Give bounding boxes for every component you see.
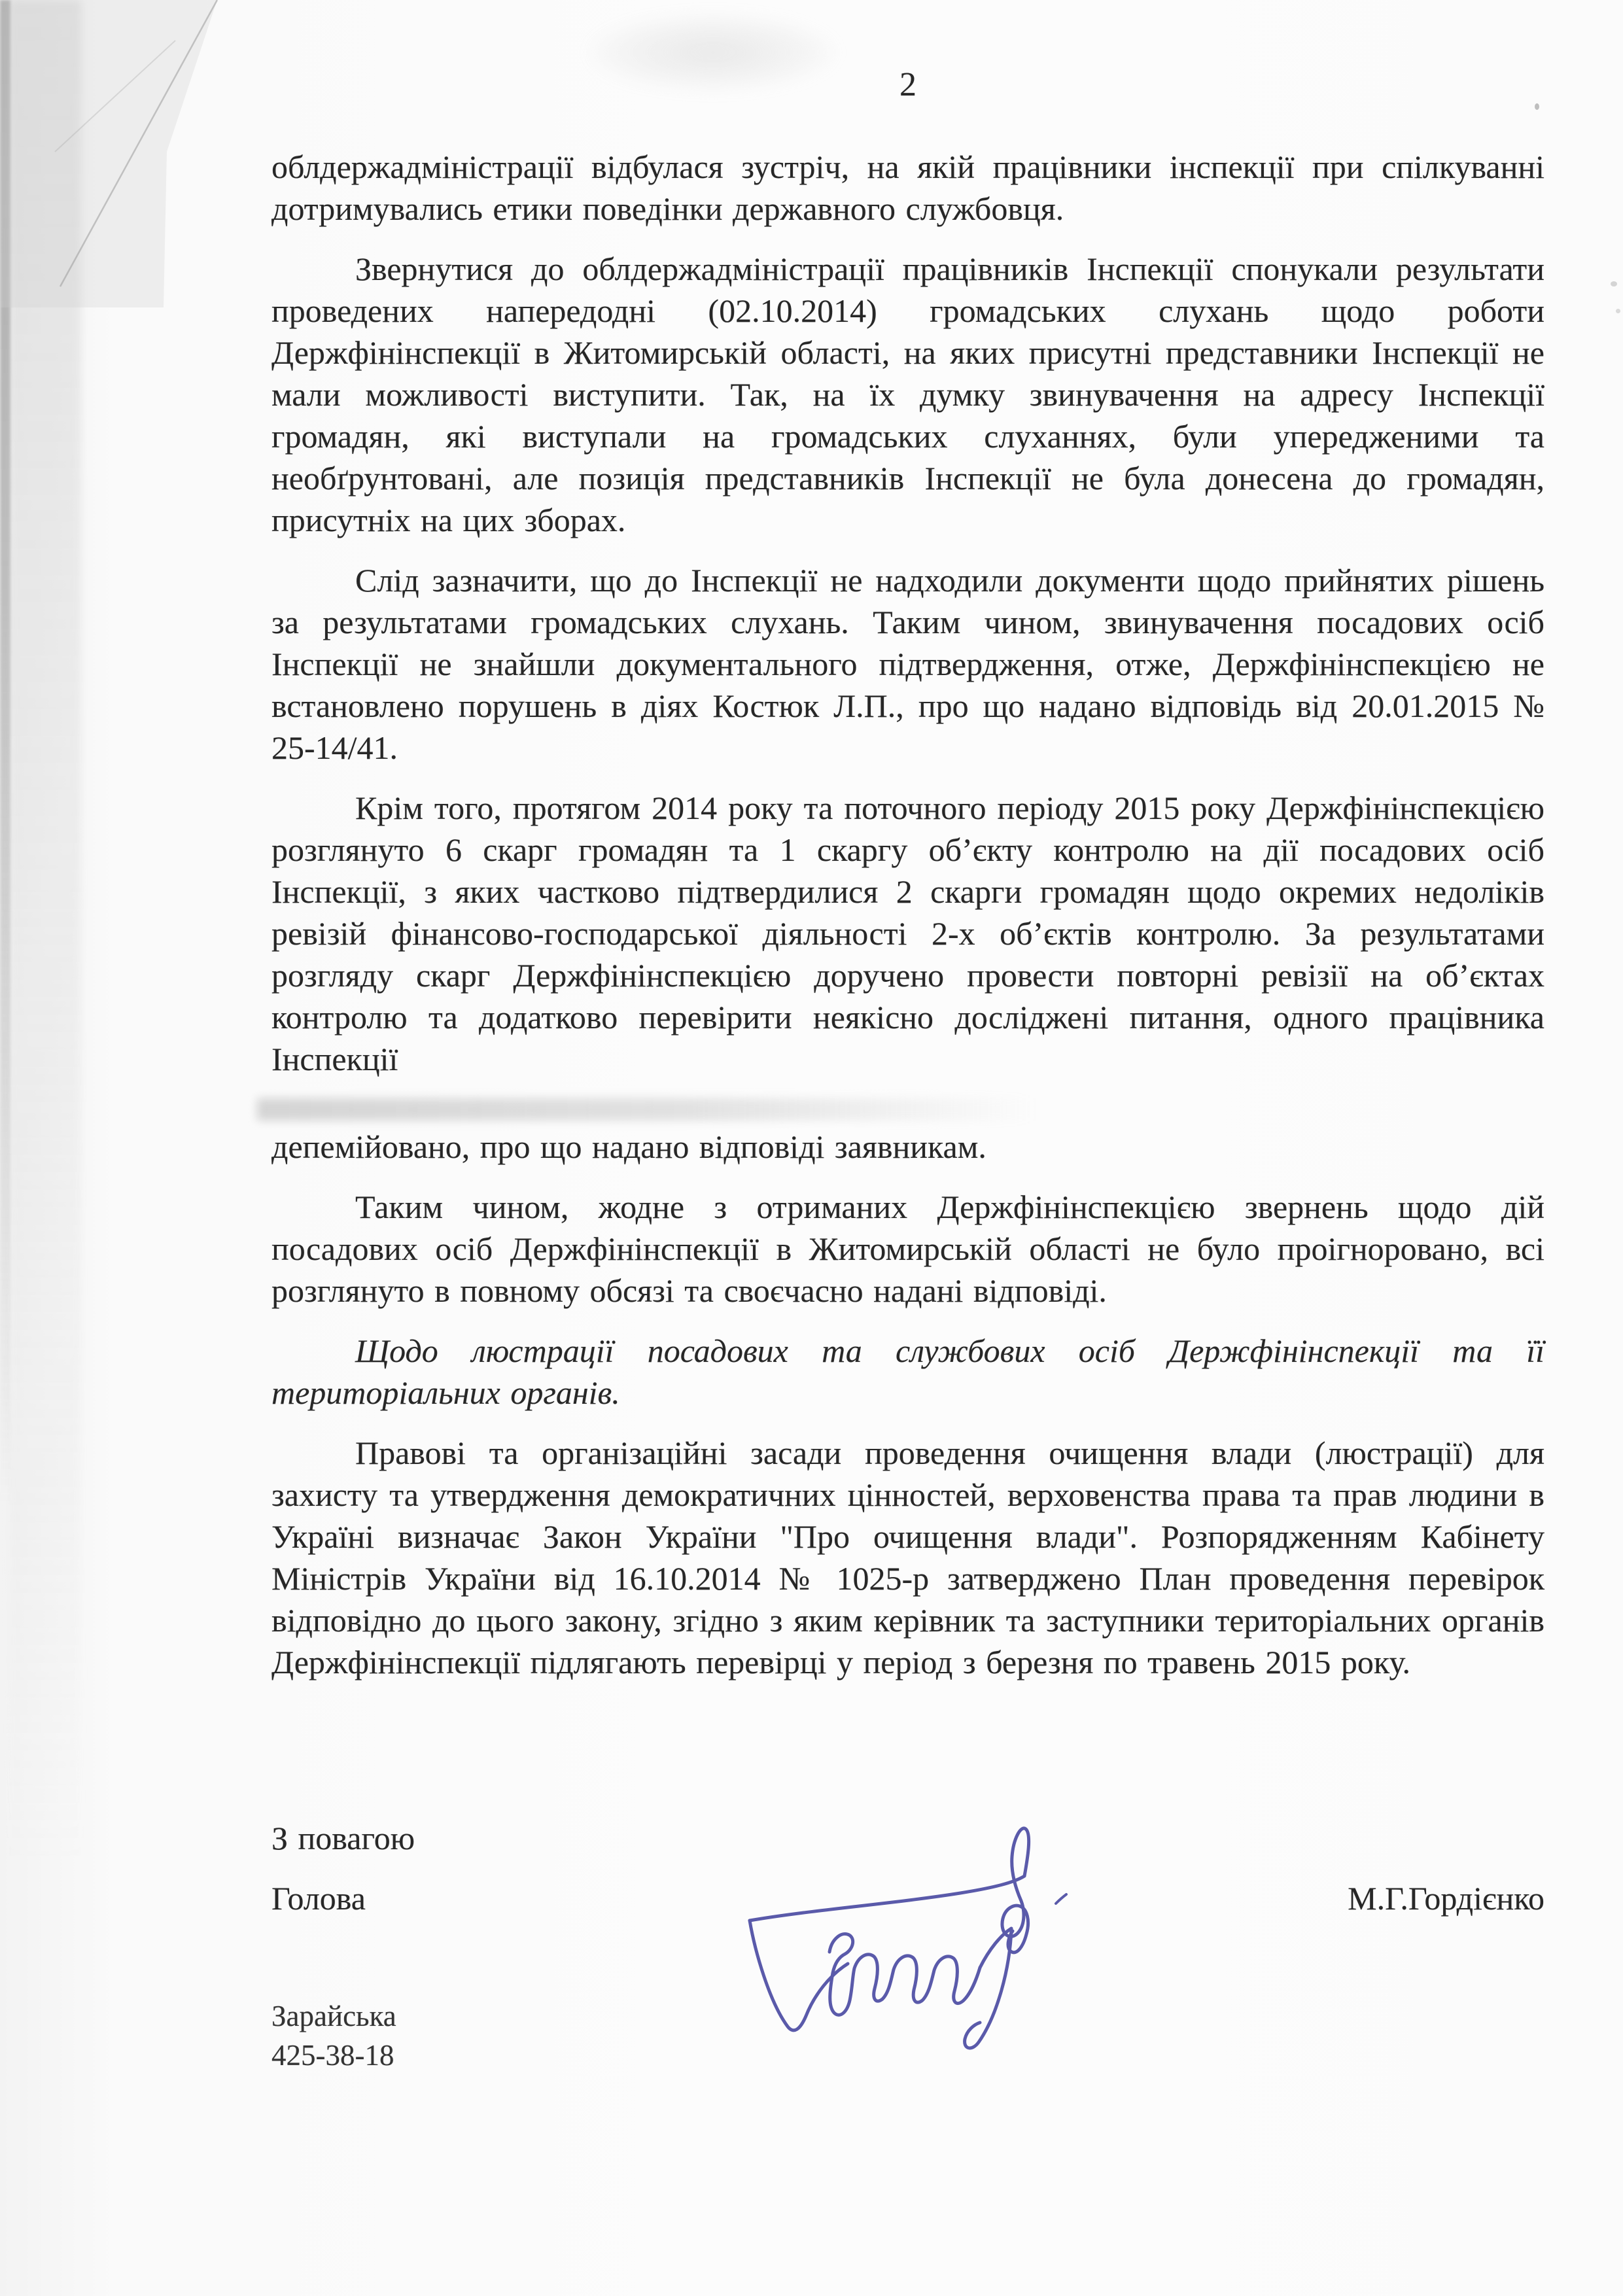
paragraphs-container: облдержадміністрації відбулася зустріч, …: [271, 146, 1544, 1683]
paragraph: Таким чином, жодне з отриманих Держфінін…: [271, 1186, 1544, 1312]
correction-smudge: [257, 1098, 1036, 1121]
handwritten-signature: [731, 1811, 1085, 2072]
signature-letters: [829, 1934, 980, 2015]
paragraph: Крім того, протягом 2014 року та поточно…: [271, 787, 1544, 1080]
scan-speck: [1616, 309, 1620, 313]
page-number: 2: [271, 62, 1544, 108]
paragraph: Звернутися до облдержадміністрації праці…: [271, 248, 1544, 541]
closing-title: Голова: [271, 1877, 366, 1919]
signature-top-line: [750, 1828, 1029, 1953]
paragraph: облдержадміністрації відбулася зустріч, …: [271, 146, 1544, 230]
paragraph: Правові та організаційні засади проведен…: [271, 1432, 1544, 1683]
signatory-name: М.Г.Гордієнко: [1348, 1877, 1544, 1919]
document-body: 2 облдержадміністрації відбулася зустріч…: [271, 62, 1544, 2075]
paragraph: Щодо люстрації посадових та службових ос…: [271, 1330, 1544, 1414]
paragraph: Слід зазначити, що до Інспекції не надхо…: [271, 559, 1544, 769]
signature-tick: [1056, 1894, 1066, 1904]
scanned-document-page: 2 облдержадміністрації відбулася зустріч…: [0, 0, 1623, 2296]
scan-speck: [1611, 281, 1617, 287]
page-fold-corner: [0, 0, 275, 307]
paragraph: депемійовано, про що надано відповіді за…: [271, 1126, 1544, 1168]
